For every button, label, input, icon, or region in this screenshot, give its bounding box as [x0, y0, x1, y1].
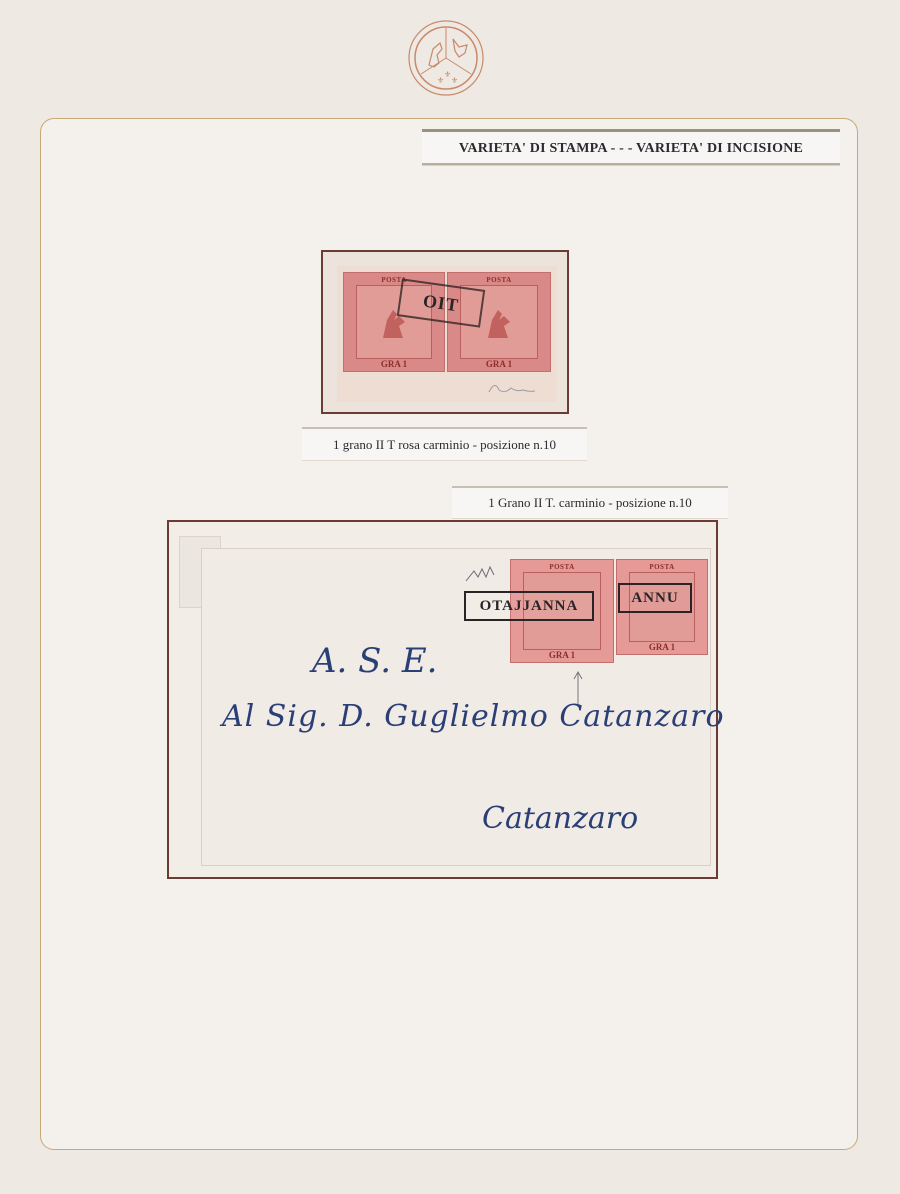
address-line-3: Catanzaro: [482, 801, 638, 836]
trinacria-emblem-icon: ⚜ ⚜ ⚜: [407, 19, 485, 97]
item1-caption: 1 grano II T rosa carminio - posizione n…: [302, 427, 587, 460]
emblem-logo: ⚜ ⚜ ⚜: [407, 19, 485, 97]
pencil-signature-icon: [487, 378, 537, 396]
svg-text:⚜: ⚜: [451, 76, 458, 85]
annullato-cancel: ANNU: [618, 583, 692, 613]
page-title: VARIETA' DI STAMPA - - - VARIETA' DI INC…: [422, 129, 840, 165]
horse-icon: [482, 302, 516, 342]
annullato-cancel: OTAJJANNA: [464, 591, 594, 621]
pencil-mark-icon: [464, 563, 504, 585]
postal-cover: POSTA GRA 1 POSTA GRA 1 OTAJJANNA ANNU A…: [201, 548, 711, 866]
address-line-2: Al Sig. D. Guglielmo Catanzaro: [222, 699, 725, 734]
item2-caption: 1 Grano II T. carminio - posizione n.10: [452, 486, 728, 518]
address-line-1: A. S. E.: [312, 641, 438, 681]
stamp-piece: POSTA GRA 1 POSTA GRA 1 OIT: [337, 266, 557, 402]
cover-mount: POSTA GRA 1 POSTA GRA 1 OTAJJANNA ANNU A…: [167, 520, 718, 879]
stamp-pair-mount: POSTA GRA 1 POSTA GRA 1 OIT: [321, 250, 569, 414]
